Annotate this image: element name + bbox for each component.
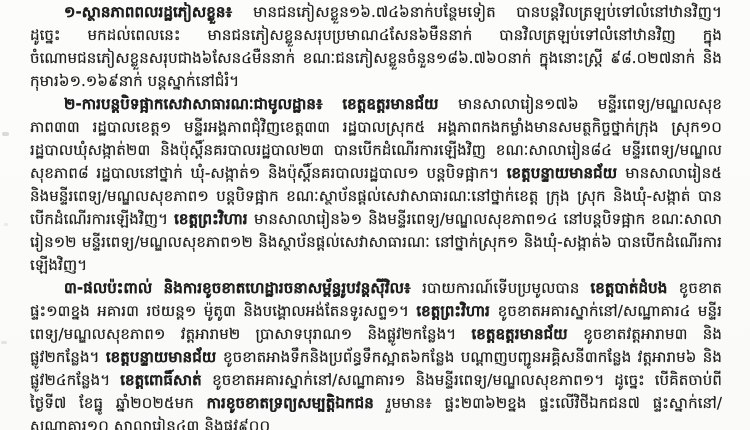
bold-text-segment: ខេត្តបន្ទាយមានជ័យ [507,164,626,182]
text-segment: របាយការណ៍ទើបប្រមូលបាន [422,279,590,297]
paragraph-3: ៣-ផលប៉ះពាល់ និងការខូចខាតហេដ្ឋារចនាសម្ព័ន… [30,277,722,430]
bold-text-segment: ខេត្តឧត្តរមានជ័យ [342,95,458,113]
bold-text-segment: ខេត្តបន្ទាយមានជ័យ [106,348,223,366]
bold-text-segment: ខេត្តព្រះវិហារ [416,302,497,320]
bold-text-segment: ខេត្តឧត្តរមានជ័យ [471,325,583,343]
bold-text-segment: ៣-ផលប៉ះពាល់ និងការខូចខាតហេដ្ឋារចនាសម្ព័ន… [64,279,422,297]
document-text-block: ១-ស្ថានភាពពលរដ្ឋភៀសខ្លួន៖ មានជនភៀសខ្លួន១… [30,0,722,430]
paragraph-1: ១-ស្ថានភាពពលរដ្ឋភៀសខ្លួន៖ មានជនភៀសខ្លួន១… [30,1,722,93]
bold-text-segment: ការខូចខាតទ្រព្យសម្បត្តិឯកជន [207,394,374,412]
bold-text-segment: ខេត្តបាត់ដំបង [590,279,678,297]
scanned-document-page: ១-ស្ថានភាពពលរដ្ឋភៀសខ្លួន៖ មានជនភៀសខ្លួន១… [0,0,750,430]
scan-smudge [1,341,7,344]
scan-smudge [2,132,9,136]
paragraph-2: ២-ការបន្តបិទផ្អាកសេវាសាធារណៈជាមូលដ្ឋាន៖ … [30,93,722,277]
scan-smudge [4,223,8,226]
bold-text-segment: ១-ស្ថានភាពពលរដ្ឋភៀសខ្លួន៖ [64,3,253,21]
bold-text-segment: ខេត្តព្រះវិហារ [174,210,254,228]
bold-text-segment: ២-ការបន្តបិទផ្អាកសេវាសាធារណៈជាមូលដ្ឋាន៖ [64,95,342,113]
bold-text-segment: ខេត្តពោធិ៍សាត់ [120,371,212,389]
